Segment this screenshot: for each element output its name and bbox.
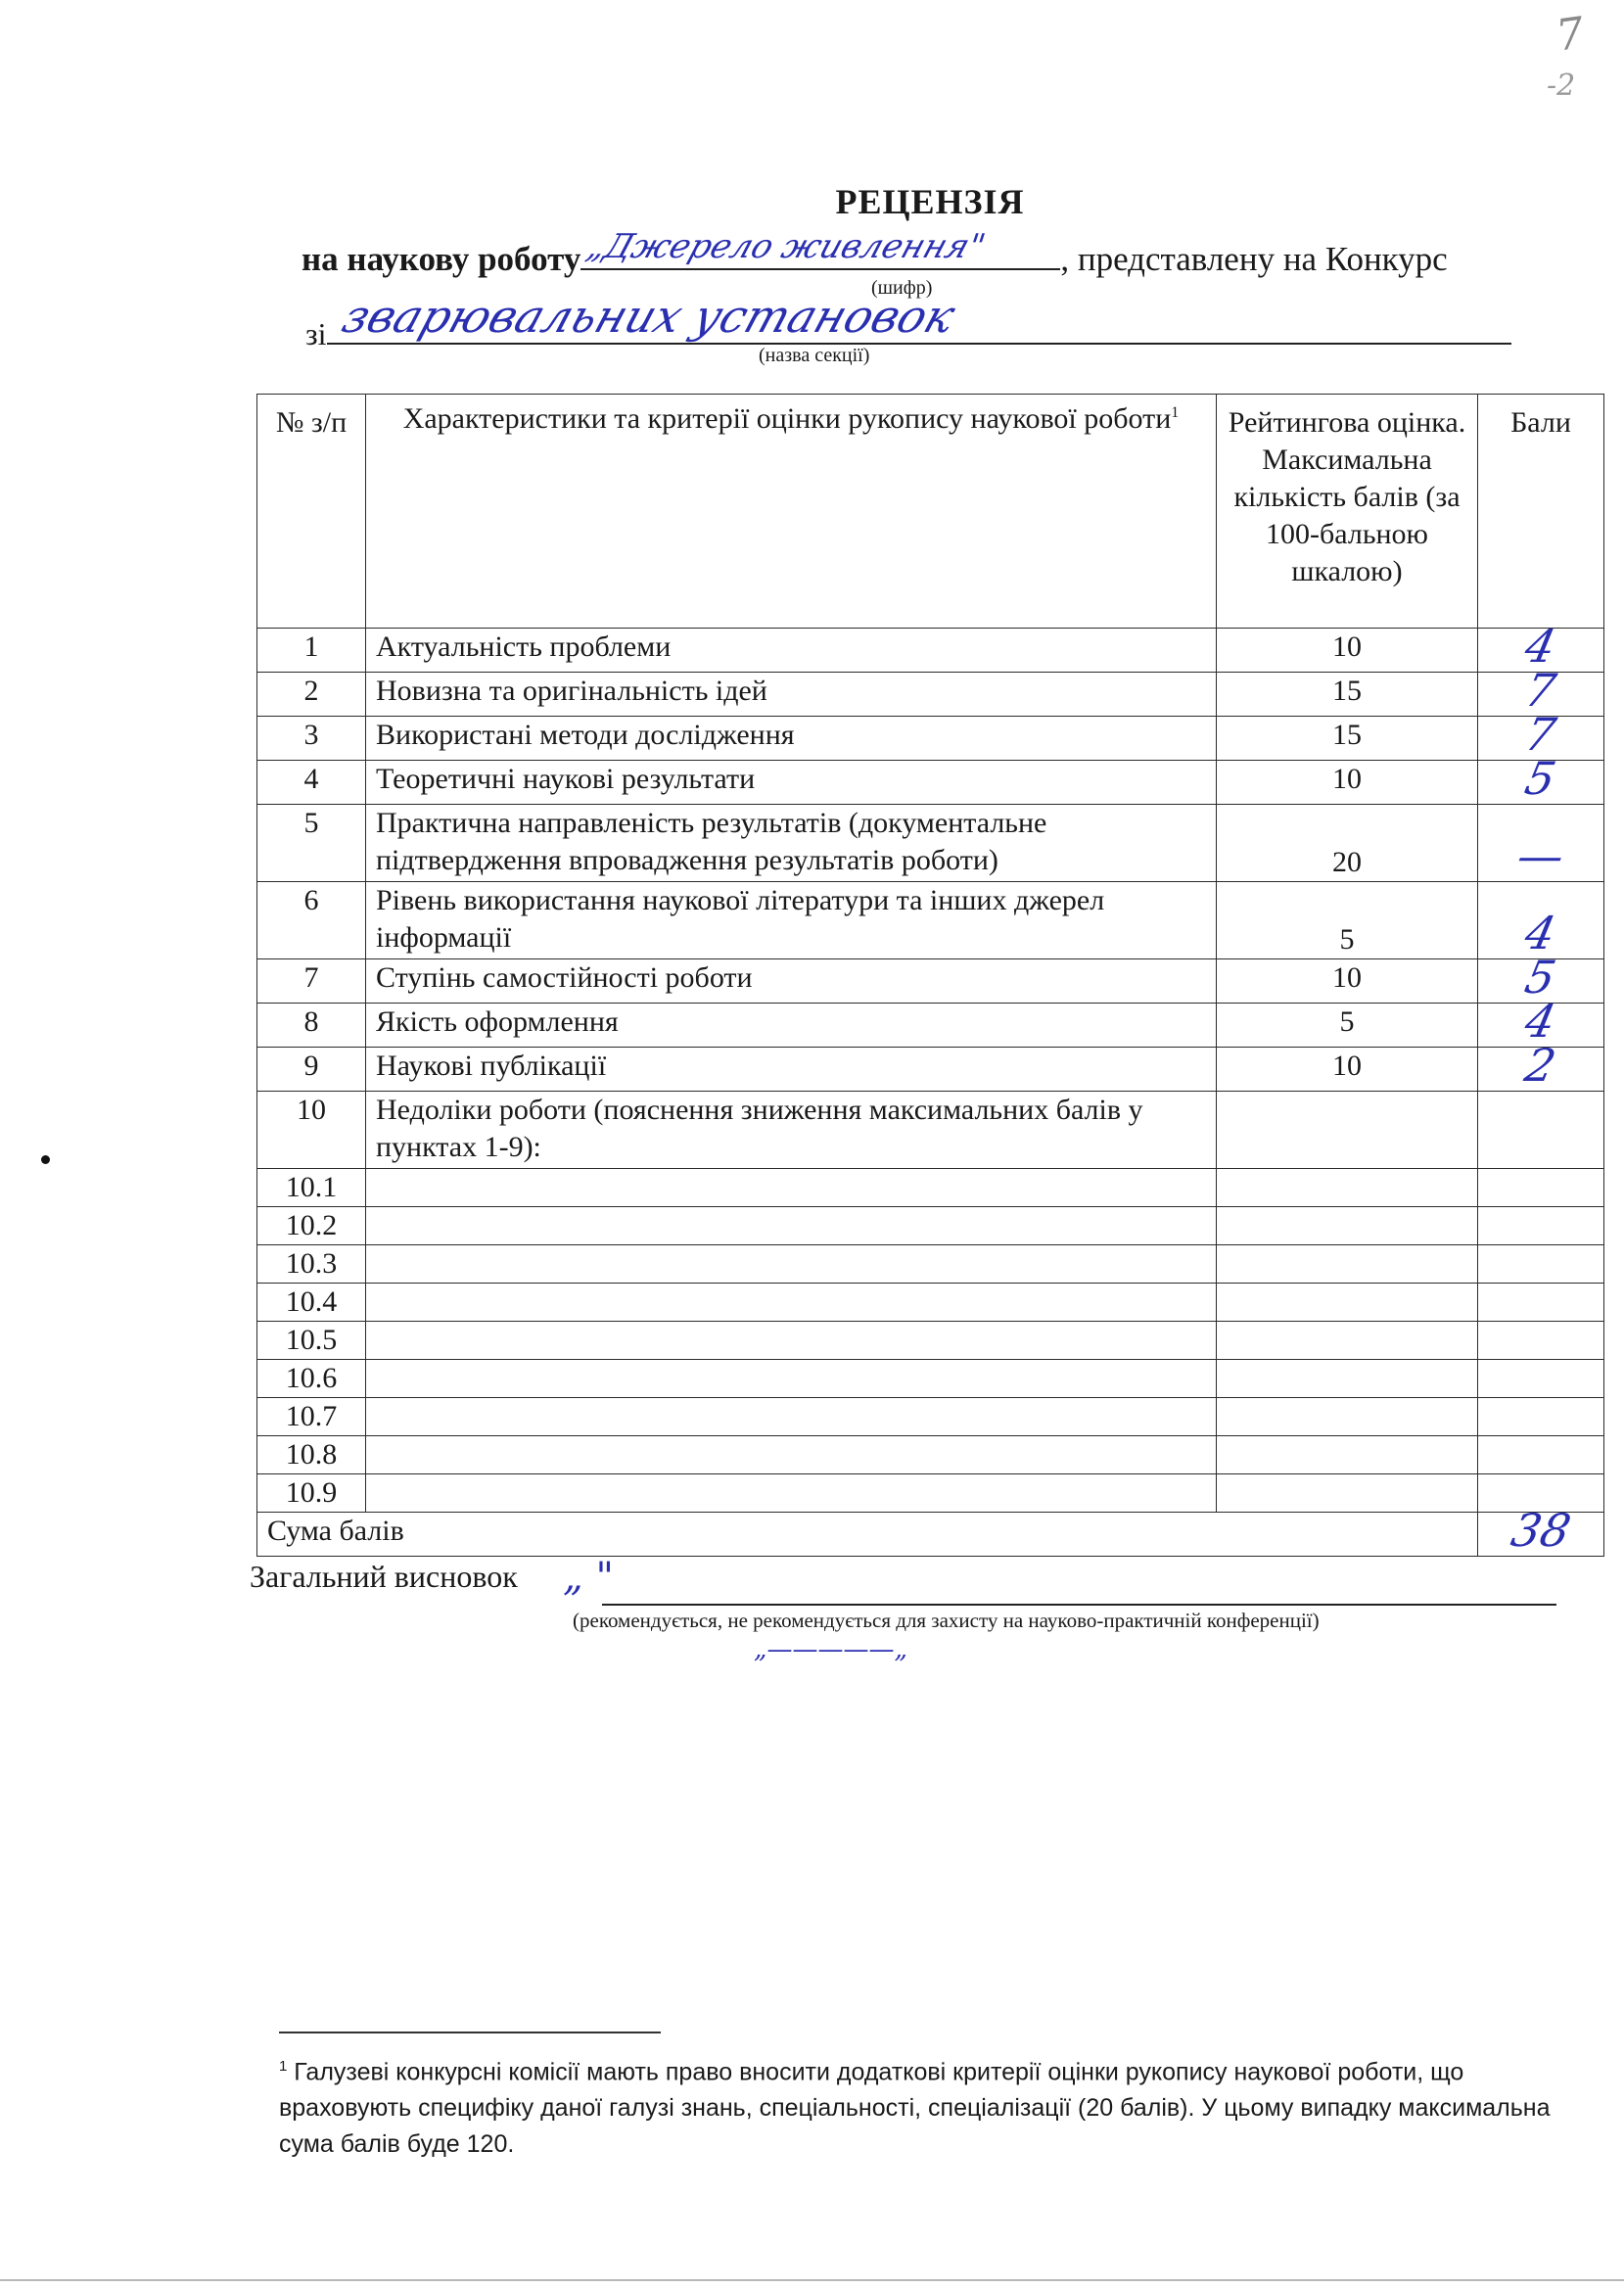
table-row: 7Ступінь самостійності роботи105 bbox=[257, 959, 1604, 1004]
subrow-note-cell[interactable] bbox=[366, 1284, 1217, 1322]
conclusion-label: Загальний висновок bbox=[250, 1559, 518, 1595]
row-criterion: Використані методи дослідження bbox=[366, 717, 1217, 761]
row-score: 5 bbox=[1523, 959, 1559, 995]
subrow-score-cell[interactable] bbox=[1478, 1322, 1604, 1360]
conclusion-caption: (рекомендується, не рекомендується для з… bbox=[573, 1609, 1320, 1633]
table-row: 4Теоретичні наукові результати105 bbox=[257, 761, 1604, 805]
sum-row: Сума балів38 bbox=[257, 1513, 1604, 1557]
table-row: 10.7 bbox=[257, 1398, 1604, 1436]
table-row: 10.4 bbox=[257, 1284, 1604, 1322]
subrow-number: 10.2 bbox=[257, 1207, 366, 1245]
work-line: на наукову роботу„Джерело живлення", пре… bbox=[302, 233, 1448, 279]
subrow-max-cell bbox=[1217, 1284, 1478, 1322]
row-number: 1 bbox=[257, 629, 366, 673]
table-row: 10.2 bbox=[257, 1207, 1604, 1245]
row-score-cell[interactable]: 5 bbox=[1478, 761, 1604, 805]
row-criterion: Якість оформлення bbox=[366, 1004, 1217, 1048]
row-score: 4 bbox=[1523, 915, 1559, 951]
subrow-max-cell bbox=[1217, 1436, 1478, 1474]
subrow-max-cell bbox=[1217, 1169, 1478, 1207]
row-score: 4 bbox=[1523, 1004, 1559, 1039]
row-criterion: Практична направленість результатів (док… bbox=[366, 805, 1217, 882]
row-criterion: Теоретичні наукові результати bbox=[366, 761, 1217, 805]
table-row: 10.3 bbox=[257, 1245, 1604, 1284]
row-max-score: 10 bbox=[1217, 629, 1478, 673]
sum-score-cell[interactable]: 38 bbox=[1478, 1513, 1604, 1557]
subrow-max-cell bbox=[1217, 1398, 1478, 1436]
row-number: 2 bbox=[257, 673, 366, 717]
header-score: Бали bbox=[1478, 395, 1604, 629]
page-sub-mark: -2 bbox=[1547, 69, 1575, 103]
subrow-number: 10.8 bbox=[257, 1436, 366, 1474]
subrow-max-cell bbox=[1217, 1245, 1478, 1284]
footnote-text: Галузеві конкурсні комісії мають право в… bbox=[279, 2058, 1551, 2158]
table-row: 10.1 bbox=[257, 1169, 1604, 1207]
section-value: зварювальних установок bbox=[336, 290, 961, 343]
row-score-cell[interactable]: — bbox=[1478, 805, 1604, 882]
row-score: 2 bbox=[1523, 1048, 1559, 1083]
document-title: РЕЦЕНЗІЯ bbox=[0, 181, 1624, 222]
row-number: 7 bbox=[257, 959, 366, 1004]
row-criterion: Ступінь самостійності роботи bbox=[366, 959, 1217, 1004]
row-score: — bbox=[1514, 838, 1567, 873]
scan-edge-line bbox=[0, 2279, 1624, 2281]
subrow-note-cell[interactable] bbox=[366, 1169, 1217, 1207]
row-criterion: Недоліки роботи (пояснення зниження макс… bbox=[366, 1092, 1217, 1169]
subrow-score-cell[interactable] bbox=[1478, 1360, 1604, 1398]
table-row: 1Актуальність проблеми104 bbox=[257, 629, 1604, 673]
row-number: 3 bbox=[257, 717, 366, 761]
conclusion-value: „ " bbox=[563, 1555, 614, 1600]
table-row: 10.5 bbox=[257, 1322, 1604, 1360]
conclusion-handwritten-mark: „—————„ bbox=[754, 1635, 907, 1664]
row-criterion: Актуальність проблеми bbox=[366, 629, 1217, 673]
table-row: 6Рівень використання наукової літератури… bbox=[257, 882, 1604, 959]
row-score: 5 bbox=[1523, 761, 1559, 796]
header-criteria-text: Характеристики та критерії оцінки рукопи… bbox=[403, 402, 1172, 435]
row-max-score: 15 bbox=[1217, 717, 1478, 761]
table-row: 8Якість оформлення54 bbox=[257, 1004, 1604, 1048]
row-score-cell[interactable] bbox=[1478, 1092, 1604, 1169]
row-number: 5 bbox=[257, 805, 366, 882]
subrow-max-cell bbox=[1217, 1207, 1478, 1245]
row-criterion: Наукові публікації bbox=[366, 1048, 1217, 1092]
row-criterion: Рівень використання наукової літератури … bbox=[366, 882, 1217, 959]
row-number: 10 bbox=[257, 1092, 366, 1169]
subrow-note-cell[interactable] bbox=[366, 1207, 1217, 1245]
subrow-note-cell[interactable] bbox=[366, 1474, 1217, 1513]
row-score: 4 bbox=[1523, 629, 1559, 664]
subrow-max-cell bbox=[1217, 1322, 1478, 1360]
row-number: 9 bbox=[257, 1048, 366, 1092]
subrow-number: 10.9 bbox=[257, 1474, 366, 1513]
row-number: 4 bbox=[257, 761, 366, 805]
subrow-score-cell[interactable] bbox=[1478, 1245, 1604, 1284]
subrow-number: 10.5 bbox=[257, 1322, 366, 1360]
subrow-number: 10.1 bbox=[257, 1169, 366, 1207]
row-number: 8 bbox=[257, 1004, 366, 1048]
row-score: 7 bbox=[1523, 673, 1559, 708]
header-number: № з/п bbox=[257, 395, 366, 629]
page-number-mark: 7 bbox=[1554, 8, 1588, 61]
row-max-score: 15 bbox=[1217, 673, 1478, 717]
conclusion-field[interactable] bbox=[602, 1568, 1556, 1606]
row-max-score bbox=[1217, 1092, 1478, 1169]
table-row: 10Недоліки роботи (пояснення зниження ма… bbox=[257, 1092, 1604, 1169]
table-header-row: № з/п Характеристики та критерії оцінки … bbox=[257, 395, 1604, 629]
subrow-note-cell[interactable] bbox=[366, 1436, 1217, 1474]
header-max-score: Рейтингова оцінка. Максимальна кількість… bbox=[1217, 395, 1478, 629]
table-row: 10.8 bbox=[257, 1436, 1604, 1474]
row-max-score: 20 bbox=[1217, 805, 1478, 882]
row-max-score: 5 bbox=[1217, 882, 1478, 959]
review-criteria-table: № з/п Характеристики та критерії оцінки … bbox=[256, 394, 1604, 1557]
subrow-number: 10.3 bbox=[257, 1245, 366, 1284]
row-score-cell[interactable]: 4 bbox=[1478, 882, 1604, 959]
table-row: 3Використані методи дослідження157 bbox=[257, 717, 1604, 761]
subrow-number: 10.6 bbox=[257, 1360, 366, 1398]
work-line-prefix: на наукову роботу bbox=[302, 240, 580, 278]
row-max-score: 10 bbox=[1217, 959, 1478, 1004]
table-row: 2Новизна та оригінальність ідей157 bbox=[257, 673, 1604, 717]
row-criterion: Новизна та оригінальність ідей bbox=[366, 673, 1217, 717]
subrow-score-cell[interactable] bbox=[1478, 1398, 1604, 1436]
row-score-cell[interactable]: 2 bbox=[1478, 1048, 1604, 1092]
subrow-note-cell[interactable] bbox=[366, 1322, 1217, 1360]
subrow-note-cell[interactable] bbox=[366, 1360, 1217, 1398]
subrow-score-cell[interactable] bbox=[1478, 1436, 1604, 1474]
section-line: зізварювальних установок bbox=[305, 296, 1511, 352]
subrow-number: 10.4 bbox=[257, 1284, 366, 1322]
table-row: 10.6 bbox=[257, 1360, 1604, 1398]
subrow-number: 10.7 bbox=[257, 1398, 366, 1436]
subrow-note-cell[interactable] bbox=[366, 1398, 1217, 1436]
row-max-score: 10 bbox=[1217, 1048, 1478, 1092]
scan-dot bbox=[41, 1155, 50, 1164]
cipher-value: „Джерело живлення" bbox=[582, 227, 991, 266]
footnote: 1 Галузеві конкурсні комісії мають право… bbox=[279, 2048, 1561, 2163]
subrow-score-cell[interactable] bbox=[1478, 1207, 1604, 1245]
row-number: 6 bbox=[257, 882, 366, 959]
table-row: 9Наукові публікації102 bbox=[257, 1048, 1604, 1092]
subrow-max-cell bbox=[1217, 1360, 1478, 1398]
sum-label: Сума балів bbox=[257, 1513, 1478, 1557]
subrow-max-cell bbox=[1217, 1474, 1478, 1513]
footnote-ref: 1 bbox=[1171, 404, 1179, 421]
subrow-score-cell[interactable] bbox=[1478, 1284, 1604, 1322]
section-caption: (назва секції) bbox=[759, 345, 869, 367]
table-row: 10.9 bbox=[257, 1474, 1604, 1513]
footnote-divider bbox=[279, 2032, 661, 2033]
header-criteria: Характеристики та критерії оцінки рукопи… bbox=[366, 395, 1217, 629]
sum-score: 38 bbox=[1508, 1513, 1573, 1548]
row-max-score: 5 bbox=[1217, 1004, 1478, 1048]
section-line-prefix: зі bbox=[305, 316, 327, 351]
row-max-score: 10 bbox=[1217, 761, 1478, 805]
footnote-number: 1 bbox=[279, 2058, 287, 2075]
subrow-score-cell[interactable] bbox=[1478, 1169, 1604, 1207]
work-line-suffix: , представлену на Конкурс bbox=[1060, 240, 1447, 278]
section-field[interactable]: зварювальних установок bbox=[327, 296, 1511, 345]
row-score: 7 bbox=[1523, 717, 1559, 752]
table-row: 5Практична направленість результатів (до… bbox=[257, 805, 1604, 882]
subrow-note-cell[interactable] bbox=[366, 1245, 1217, 1284]
cipher-field[interactable]: „Джерело живлення" bbox=[580, 233, 1060, 270]
